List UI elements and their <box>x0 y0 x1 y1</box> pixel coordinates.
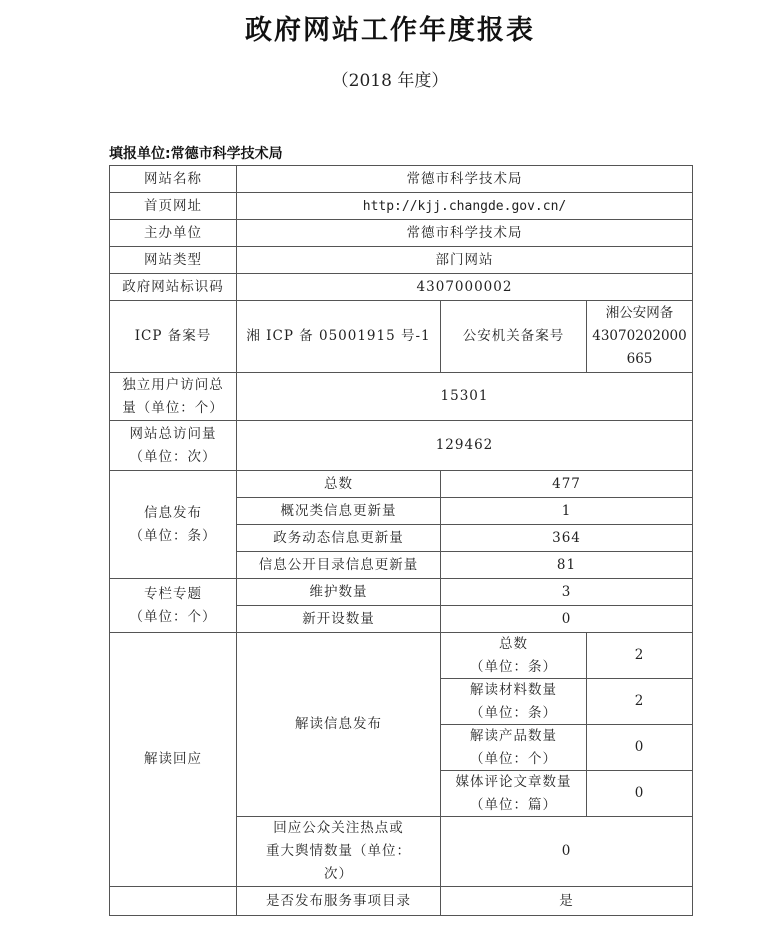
interp-total-value: 2 <box>586 632 693 679</box>
sponsor-label: 主办单位 <box>109 219 237 247</box>
site-id-code-label: 政府网站标识码 <box>109 273 237 301</box>
columns-label-line2: （单位：个） <box>130 606 217 629</box>
site-type-value: 部门网站 <box>236 246 693 274</box>
interp-product-value: 0 <box>586 724 693 771</box>
total-visits-label-line1: 网站总访问量 <box>130 423 217 446</box>
info-publish-total-label: 总数 <box>236 470 441 498</box>
columns-label: 专栏专题 （单位：个） <box>109 578 237 633</box>
info-publish-label-line1: 信息发布 <box>144 502 202 525</box>
interp-media-label-line2: （单位：篇） <box>470 794 557 817</box>
news-update-label: 政务动态信息更新量 <box>236 524 441 552</box>
unique-visitors-label-line2: 量（单位：个） <box>122 397 224 420</box>
disclosure-update-label: 信息公开目录信息更新量 <box>236 551 441 579</box>
interp-product-label-line1: 解读产品数量 <box>470 725 557 748</box>
response-label: 回应公众关注热点或 重大舆情数量（单位： 次） <box>236 816 441 887</box>
unique-visitors-label-line1: 独立用户访问总 <box>122 374 224 397</box>
homepage-url-label: 首页网址 <box>109 192 237 220</box>
interp-material-label: 解读材料数量 （单位：条） <box>440 678 587 725</box>
service-catalog-value: 是 <box>440 886 693 916</box>
icp-value: 湘 ICP 备 05001915 号-1 <box>236 300 441 373</box>
total-visits-value: 129462 <box>236 420 693 471</box>
interpretation-publish-label: 解读信息发布 <box>236 632 441 817</box>
overview-update-value: 1 <box>440 497 693 525</box>
interp-product-label: 解读产品数量 （单位：个） <box>440 724 587 771</box>
page-title: 政府网站工作年度报表 <box>0 8 780 47</box>
interp-material-value: 2 <box>586 678 693 725</box>
site-name-label: 网站名称 <box>109 165 237 193</box>
interp-material-label-line2: （单位：条） <box>470 702 557 725</box>
service-catalog-label: 是否发布服务事项目录 <box>236 886 441 916</box>
interp-material-label-line1: 解读材料数量 <box>470 679 557 702</box>
columns-label-line1: 专栏专题 <box>144 583 202 606</box>
response-value: 0 <box>440 816 693 887</box>
news-update-value: 364 <box>440 524 693 552</box>
police-record-label: 公安机关备案号 <box>440 300 587 373</box>
info-publish-label-line2: （单位：条） <box>130 525 217 548</box>
interp-media-label: 媒体评论文章数量 （单位：篇） <box>440 770 587 817</box>
disclosure-update-value: 81 <box>440 551 693 579</box>
interpretation-label: 解读回应 <box>109 632 237 887</box>
columns-maintained-label: 维护数量 <box>236 578 441 606</box>
police-record-value-line3: 665 <box>627 348 653 371</box>
columns-maintained-value: 3 <box>440 578 693 606</box>
police-record-value-line1: 湘公安网备 <box>606 302 674 325</box>
interp-media-label-line1: 媒体评论文章数量 <box>456 771 572 794</box>
interp-media-value: 0 <box>586 770 693 817</box>
interp-total-label: 总数 （单位：条） <box>440 632 587 679</box>
response-label-line2: 重大舆情数量（单位： <box>266 840 411 863</box>
info-publish-total-value: 477 <box>440 470 693 498</box>
service-catalog-blank <box>109 886 237 916</box>
total-visits-label-line2: （单位：次） <box>130 446 217 469</box>
interp-total-label-line1: 总数 <box>499 633 528 656</box>
police-record-value-line2: 43070202000 <box>592 325 686 348</box>
site-type-label: 网站类型 <box>109 246 237 274</box>
overview-update-label: 概况类信息更新量 <box>236 497 441 525</box>
site-id-code-value: 4307000002 <box>236 273 693 301</box>
total-visits-label: 网站总访问量 （单位：次） <box>109 420 237 471</box>
columns-new-label: 新开设数量 <box>236 605 441 633</box>
report-year: （2018 年度） <box>0 66 780 91</box>
interp-product-label-line2: （单位：个） <box>470 748 557 771</box>
response-label-line3: 次） <box>324 863 353 886</box>
sponsor-value: 常德市科学技术局 <box>236 219 693 247</box>
icp-label: ICP 备案号 <box>109 300 237 373</box>
unique-visitors-label: 独立用户访问总 量（单位：个） <box>109 372 237 421</box>
interp-total-label-line2: （单位：条） <box>470 656 557 679</box>
info-publish-label: 信息发布 （单位：条） <box>109 470 237 579</box>
reporting-unit: 填报单位:常德市科学技术局 <box>109 143 283 163</box>
homepage-url-value: http://kjj.changde.gov.cn/ <box>236 192 693 220</box>
columns-new-value: 0 <box>440 605 693 633</box>
unique-visitors-value: 15301 <box>236 372 693 421</box>
response-label-line1: 回应公众关注热点或 <box>273 817 404 840</box>
police-record-value: 湘公安网备 43070202000 665 <box>586 300 693 373</box>
site-name-value: 常德市科学技术局 <box>236 165 693 193</box>
